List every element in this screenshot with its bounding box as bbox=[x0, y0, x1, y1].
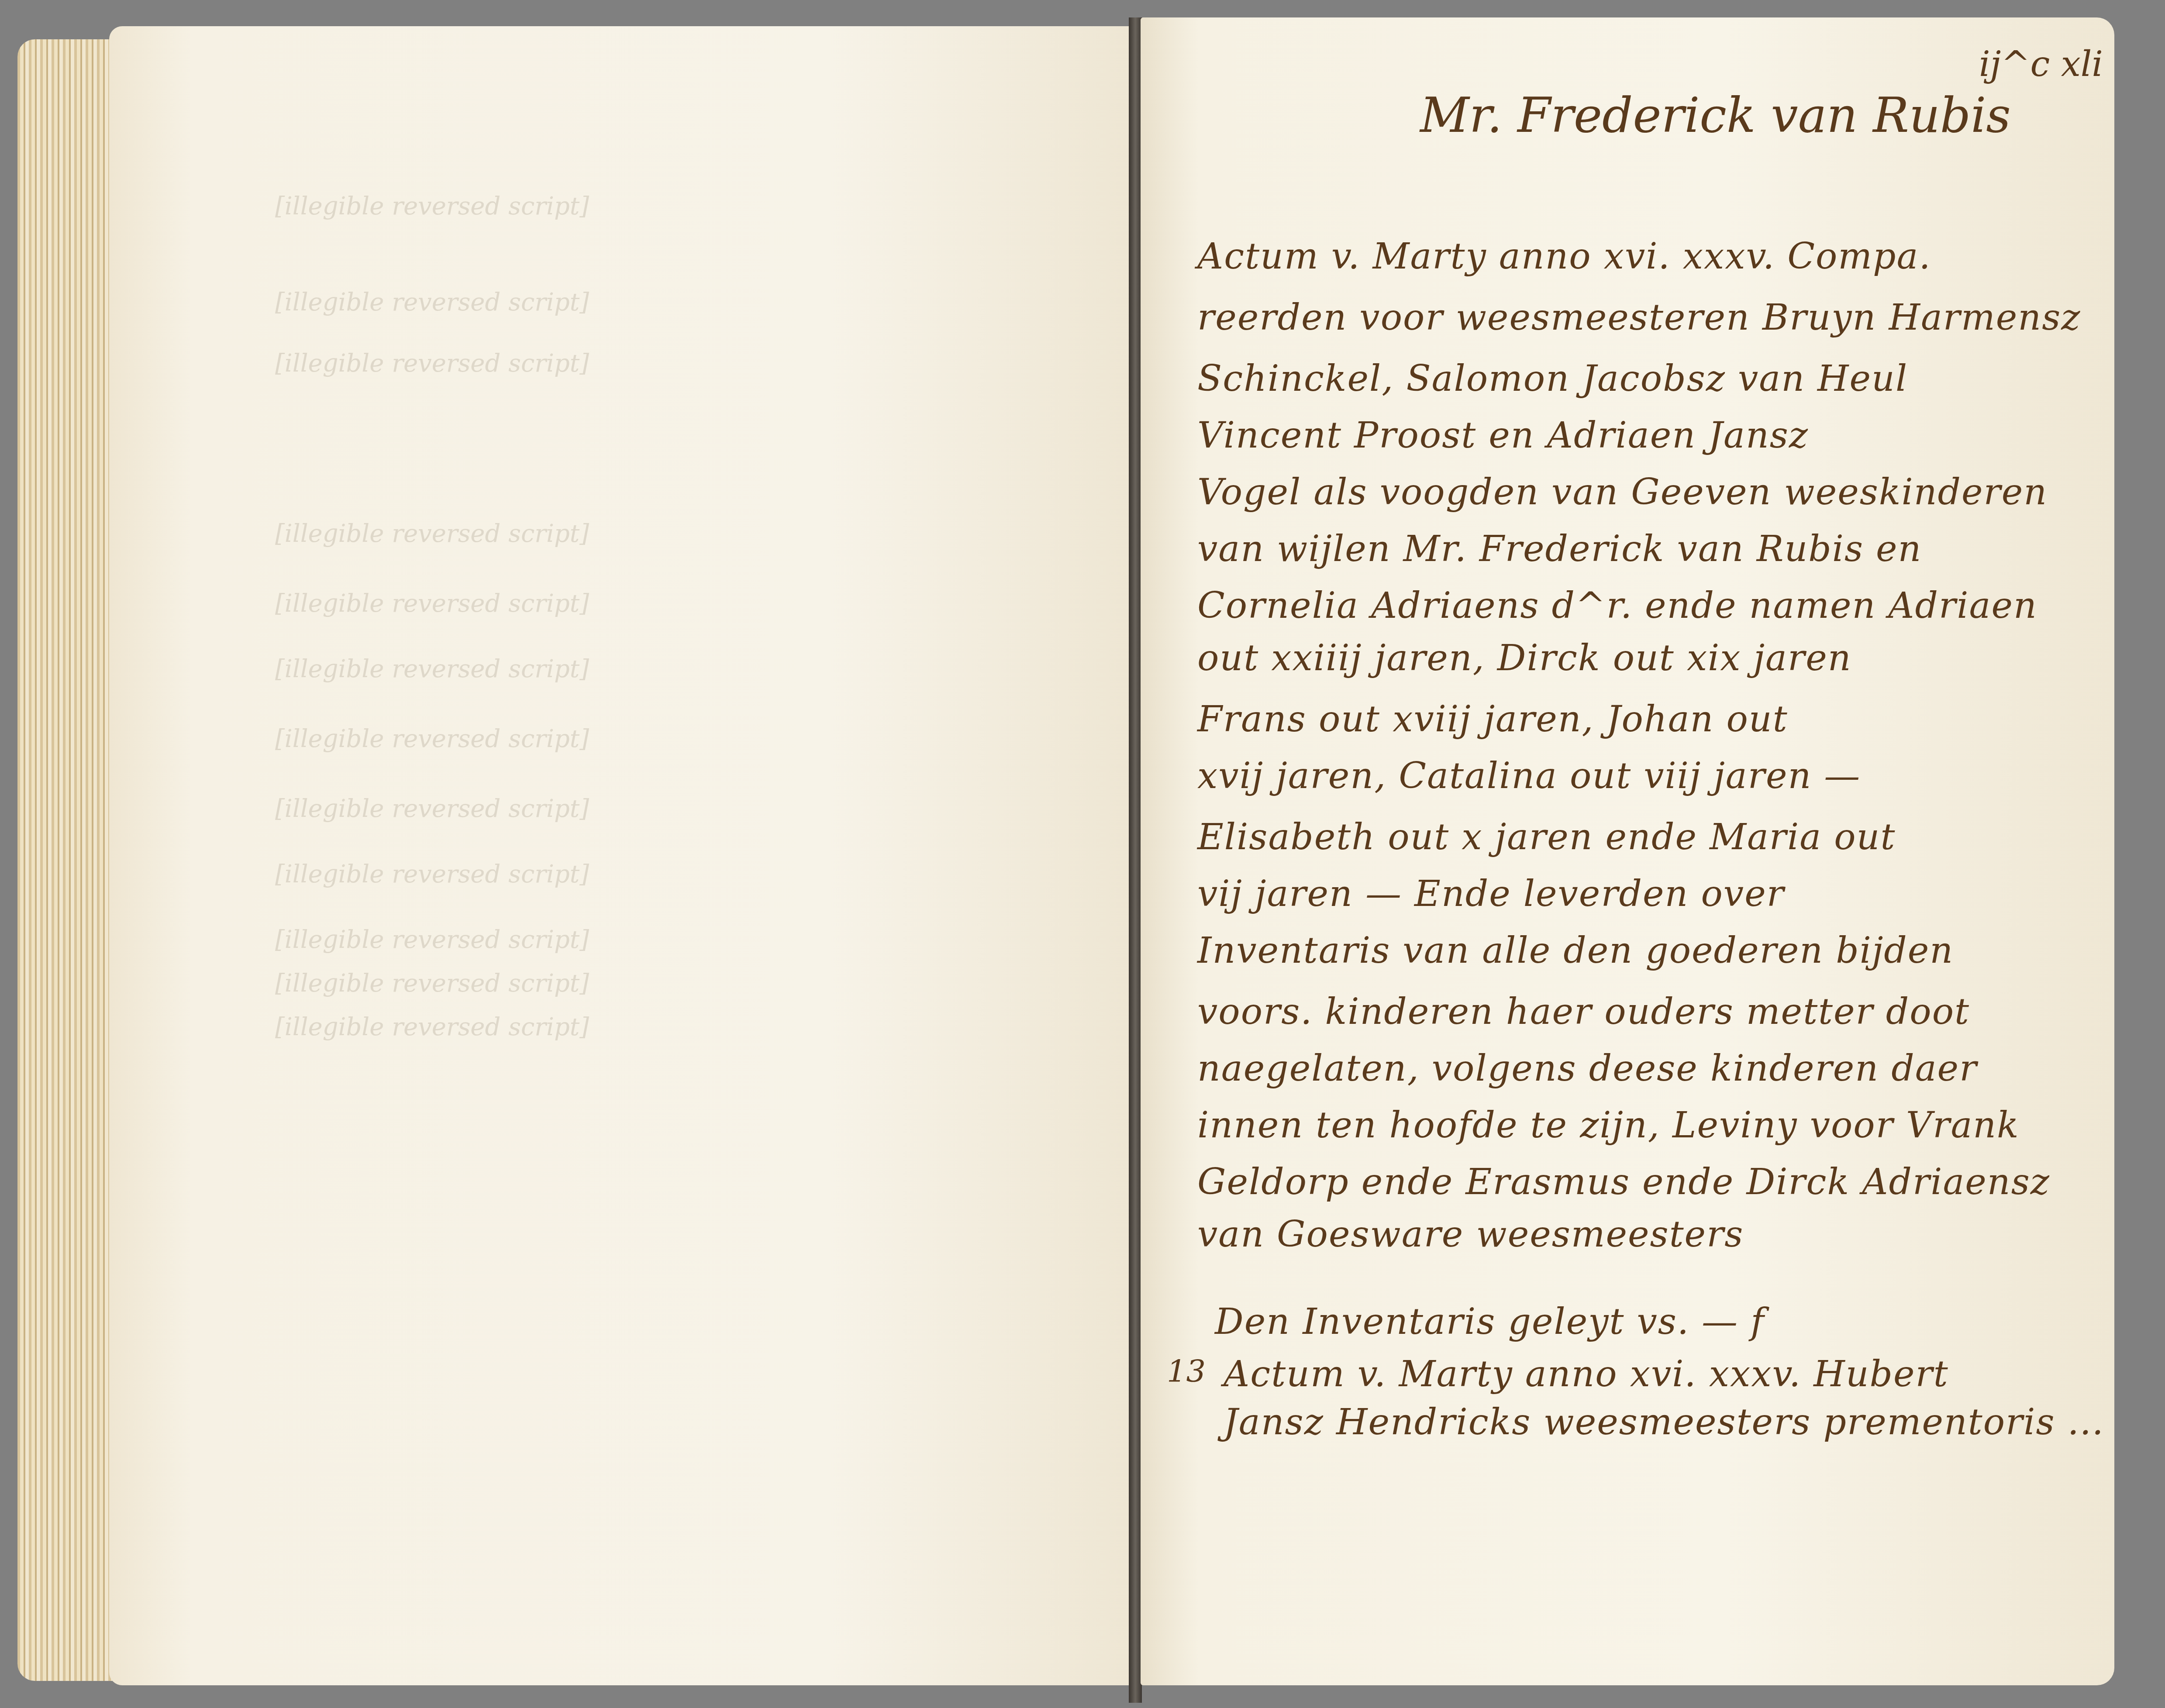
entry-line: Actum v. Marty anno xvi. xxxv. Hubert bbox=[1224, 1353, 1949, 1395]
bleed-through-line: [illegible reversed script] bbox=[275, 860, 589, 888]
right-page: ij^c xli Mr. Frederick van Rubis Actum v… bbox=[1141, 17, 2114, 1685]
entry-line: xvij jaren, Catalina out viij jaren — bbox=[1197, 755, 1861, 797]
entry-line: Jansz Hendricks weesmeesters prementoris… bbox=[1224, 1402, 2104, 1443]
entry-line: naegelaten, volgens deese kinderen daer bbox=[1197, 1048, 1977, 1089]
entry-line: Cornelia Adriaens d^r. ende namen Adriae… bbox=[1197, 585, 2037, 627]
entry-line: voors. kinderen haer ouders metter doot bbox=[1197, 991, 1970, 1033]
bleed-through-line: [illegible reversed script] bbox=[275, 520, 589, 548]
entry-line: reerden voor weesmeesteren Bruyn Harmens… bbox=[1197, 297, 2081, 338]
entry-heading: Mr. Frederick van Rubis bbox=[1420, 87, 2011, 143]
entry-line: van wijlen Mr. Frederick van Rubis en bbox=[1197, 528, 1922, 570]
bleed-through-line: [illegible reversed script] bbox=[275, 655, 589, 683]
entry-line: Frans out xviij jaren, Johan out bbox=[1197, 699, 1788, 740]
entry-line: Vincent Proost en Adriaen Jansz bbox=[1197, 415, 1809, 456]
left-page: [illegible reversed script] [illegible r… bbox=[109, 26, 1135, 1685]
entry-line: innen ten hoofde te zijn, Leviny voor Vr… bbox=[1197, 1105, 2020, 1146]
page-edges bbox=[17, 39, 122, 1681]
entry-line: Vogel als voogden van Geeven weeskindere… bbox=[1197, 472, 2048, 513]
book-gutter bbox=[1129, 17, 1142, 1703]
entry-line: Elisabeth out x jaren ende Maria out bbox=[1197, 816, 1896, 858]
entry-line: Inventaris van alle den goederen bijden bbox=[1197, 930, 1954, 971]
entry-line: out xxiiij jaren, Dirck out xix jaren bbox=[1197, 637, 1852, 679]
open-manuscript: [illegible reversed script] [illegible r… bbox=[0, 0, 2165, 1708]
bleed-through-line: [illegible reversed script] bbox=[275, 969, 589, 998]
entry-line: Geldorp ende Erasmus ende Dirck Adriaens… bbox=[1197, 1161, 2050, 1203]
margin-number: 13 bbox=[1167, 1353, 1206, 1389]
bleed-through-line: [illegible reversed script] bbox=[275, 192, 589, 220]
bleed-through-line: [illegible reversed script] bbox=[275, 725, 589, 753]
folio-number: ij^c xli bbox=[1979, 44, 2103, 84]
entry-line: vij jaren — Ende leverden over bbox=[1197, 873, 1785, 915]
entry-line: Den Inventaris geleyt vs. — f bbox=[1215, 1301, 1765, 1343]
bleed-through-line: [illegible reversed script] bbox=[275, 795, 589, 823]
bleed-through-line: [illegible reversed script] bbox=[275, 926, 589, 954]
bleed-through-line: [illegible reversed script] bbox=[275, 349, 589, 378]
entry-line: Actum v. Marty anno xvi. xxxv. Compa. bbox=[1197, 236, 1931, 277]
bleed-through-line: [illegible reversed script] bbox=[275, 589, 589, 618]
entry-line: Schinckel, Salomon Jacobsz van Heul bbox=[1197, 358, 1908, 399]
bleed-through-line: [illegible reversed script] bbox=[275, 288, 589, 317]
entry-line: van Goesware weesmeesters bbox=[1197, 1214, 1744, 1255]
bleed-through-line: [illegible reversed script] bbox=[275, 1013, 589, 1041]
